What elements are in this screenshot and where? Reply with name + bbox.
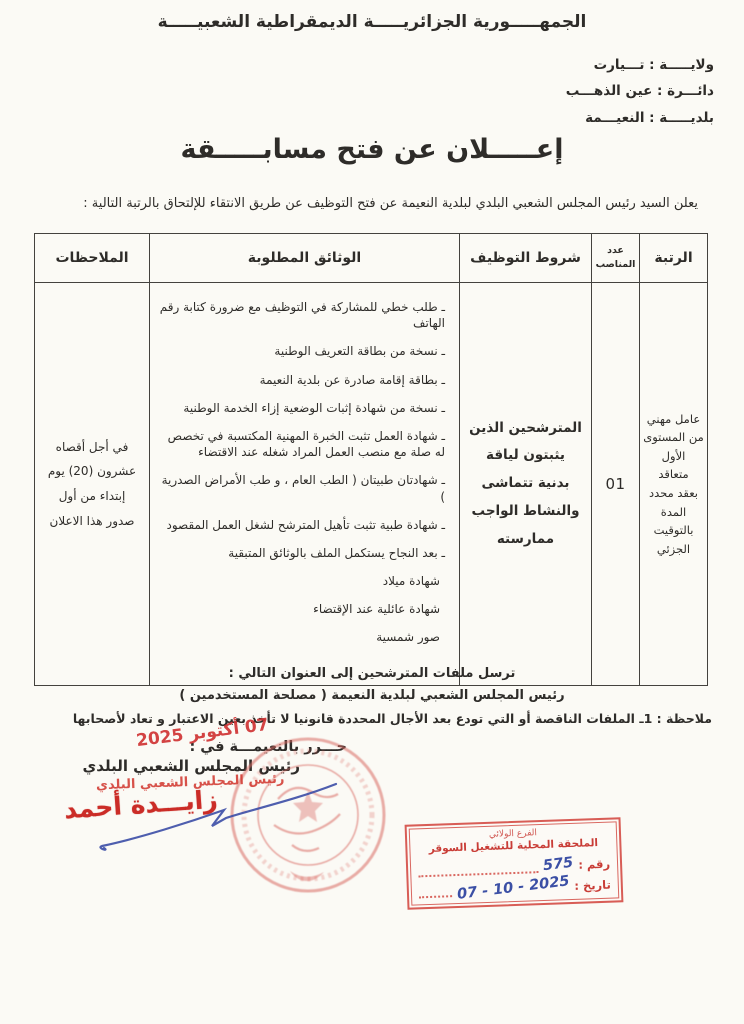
stamp-number-label: رقم :: [578, 856, 610, 871]
header-rank: الرتبة: [639, 234, 707, 282]
documents-cell: ـ طلب خطي للمشاركة في التوظيف مع ضرورة ك…: [149, 283, 459, 685]
document-item: ـ شهادة العمل تثبت الخبرة المهنية المكتس…: [158, 428, 445, 460]
header-notes: الملاحظات: [35, 234, 149, 282]
remark-line: ملاحظة : 1ـ الملفات الناقصة أو التي تودع…: [14, 711, 712, 726]
signature-stroke: [80, 768, 352, 864]
republic-header: الجمهـــــورية الجزائريـــــة الديمقراطي…: [0, 12, 744, 32]
conditions-cell: المترشحين الذين يثبتون لياقة بدنية تتماش…: [459, 283, 591, 685]
dotted-leader: [418, 862, 538, 877]
rank-line: بالتوقيت: [654, 521, 694, 540]
stamp-inner-frame: الفرع الولائي الملحقة المحلية للتشغيل ال…: [409, 821, 620, 905]
document-item: شهادة ميلاد: [158, 573, 445, 589]
rank-line: الجزئي: [657, 540, 690, 559]
stamp-date-row: تاريخ : 07 - 10 - 2025: [419, 877, 611, 898]
rank-line: بعقد محدد: [649, 484, 698, 503]
stamp-number-row: رقم : 575: [418, 856, 610, 877]
address-line: رئيس المجلس الشعبي لبلدية النعيمة ( مصلح…: [0, 688, 744, 703]
rank-line: من المستوى: [643, 428, 704, 447]
stamp-date-label: تاريخ :: [574, 878, 611, 893]
intro-text: يعلن السيد رئيس المجلس الشعبي البلدي لبل…: [18, 196, 698, 211]
positions-count-cell: 01: [591, 283, 639, 685]
region-block: ولايـــــة : تـــيارت دائـــرة : عين الذ…: [479, 52, 714, 131]
document-item: ـ بعد النجاح يستكمل الملف بالوثائق المتب…: [158, 545, 445, 561]
header-documents: الوثائق المطلوبة: [149, 234, 459, 282]
daira-line: دائـــرة : عين الذهـــب: [479, 78, 714, 104]
recruitment-table: الرتبة عدد المناصب شروط التوظيف الوثائق …: [34, 233, 708, 686]
notes-cell: في أجل أقصاه عشرون (20) يوم إبتداء من أو…: [35, 283, 149, 685]
document-item: صور شمسية: [158, 629, 445, 645]
dotted-leader: [419, 886, 452, 898]
rank-line: المدة: [661, 503, 686, 522]
rank-cell: عامل مهني من المستوى الأول متعاقد بعقد م…: [639, 283, 707, 685]
document-item: شهادة عائلية عند الإقتضاء: [158, 601, 445, 617]
document-item: ـ شهادة طبية تثبت تأهيل المترشح لشغل الع…: [158, 517, 445, 533]
send-files-line: ترسل ملفات المترشحين إلى العنوان التالي …: [0, 666, 744, 681]
table-data-row: عامل مهني من المستوى الأول متعاقد بعقد م…: [35, 283, 707, 685]
document-item: ـ نسخة من بطاقة التعريف الوطنية: [158, 343, 445, 359]
table-header-row: الرتبة عدد المناصب شروط التوظيف الوثائق …: [35, 234, 707, 283]
document-item: ـ نسخة من شهادة إثبات الوضعية إزاء الخدم…: [158, 400, 445, 416]
announcement-title: إعـــــلان عن فتح مسابـــــقة: [0, 134, 744, 165]
header-conditions: شروط التوظيف: [459, 234, 591, 282]
employment-annex-stamp: الفرع الولائي الملحقة المحلية للتشغيل ال…: [405, 817, 624, 909]
rank-line: الأول: [662, 447, 686, 466]
wilaya-line: ولايـــــة : تـــيارت: [479, 52, 714, 78]
stamp-date-value: 07 - 10 - 2025: [456, 874, 570, 902]
scanned-announcement-page: الجمهـــــورية الجزائريـــــة الديمقراطي…: [0, 0, 744, 1024]
stamp-number-value: 575: [542, 856, 574, 874]
document-item: ـ شهادتان طبيتان ( الطب العام ، و طب الأ…: [158, 472, 445, 504]
document-item: ـ بطاقة إقامة صادرة عن بلدية النعيمة: [158, 372, 445, 388]
commune-line: بلديـــــة : النعيـــمة: [479, 105, 714, 131]
header-positions-count: عدد المناصب: [591, 234, 639, 282]
rank-line: عامل مهني: [647, 410, 700, 429]
document-item: ـ طلب خطي للمشاركة في التوظيف مع ضرورة ك…: [158, 299, 445, 331]
rank-line: متعاقد: [658, 465, 688, 484]
